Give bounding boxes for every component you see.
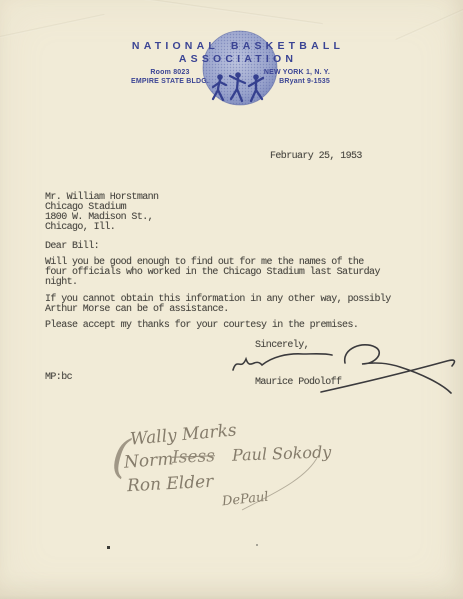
body-paragraph-2-line-2: Arthur Morse can be of assistance. [45, 305, 229, 315]
pencil-name-norm: Norm [123, 449, 174, 472]
fold-crease [93, 0, 323, 25]
letterhead-city-phone: NEW YORK 1, N. Y. BRyant 9-1535 [248, 68, 330, 86]
room-line: Room 8023 [128, 68, 212, 77]
pencil-name-struck-out: Isess [172, 446, 216, 467]
body-paragraph-1-line-3: night. [45, 278, 77, 288]
org-name-line1: NATIONAL BASKETBALL [13, 40, 463, 52]
paper-speck [107, 546, 110, 549]
recipient-city: Chicago, Ill. [45, 223, 115, 233]
fold-crease [395, 5, 463, 41]
typist-initials: MP:bc [45, 373, 72, 383]
salutation: Dear Bill: [45, 242, 99, 252]
letter-page: NATIONAL BASKETBALL ASSOCIATION Room 802… [0, 0, 463, 599]
paper-speck [256, 544, 258, 546]
body-paragraph-1-line-2: four officials who worked in the Chicago… [45, 268, 380, 278]
maurice-podoloff-signature [225, 340, 463, 398]
city-line: NEW YORK 1, N. Y. [248, 68, 330, 77]
body-paragraph-3-line-1: Please accept my thanks for your courtes… [45, 321, 358, 331]
pencil-flourish-stroke [220, 452, 325, 514]
pencil-name-wally-marks: Wally Marks [129, 420, 237, 449]
letterhead-office-address: Room 8023 EMPIRE STATE BLDG. [128, 68, 212, 86]
date-line: February 25, 1953 [270, 152, 362, 162]
pencil-name-ron-elder: Ron Elder [127, 472, 214, 496]
phone-line: BRyant 9-1535 [248, 77, 330, 86]
org-name-line2: ASSOCIATION [13, 53, 463, 65]
building-line: EMPIRE STATE BLDG. [128, 77, 212, 86]
fold-crease [0, 14, 105, 40]
